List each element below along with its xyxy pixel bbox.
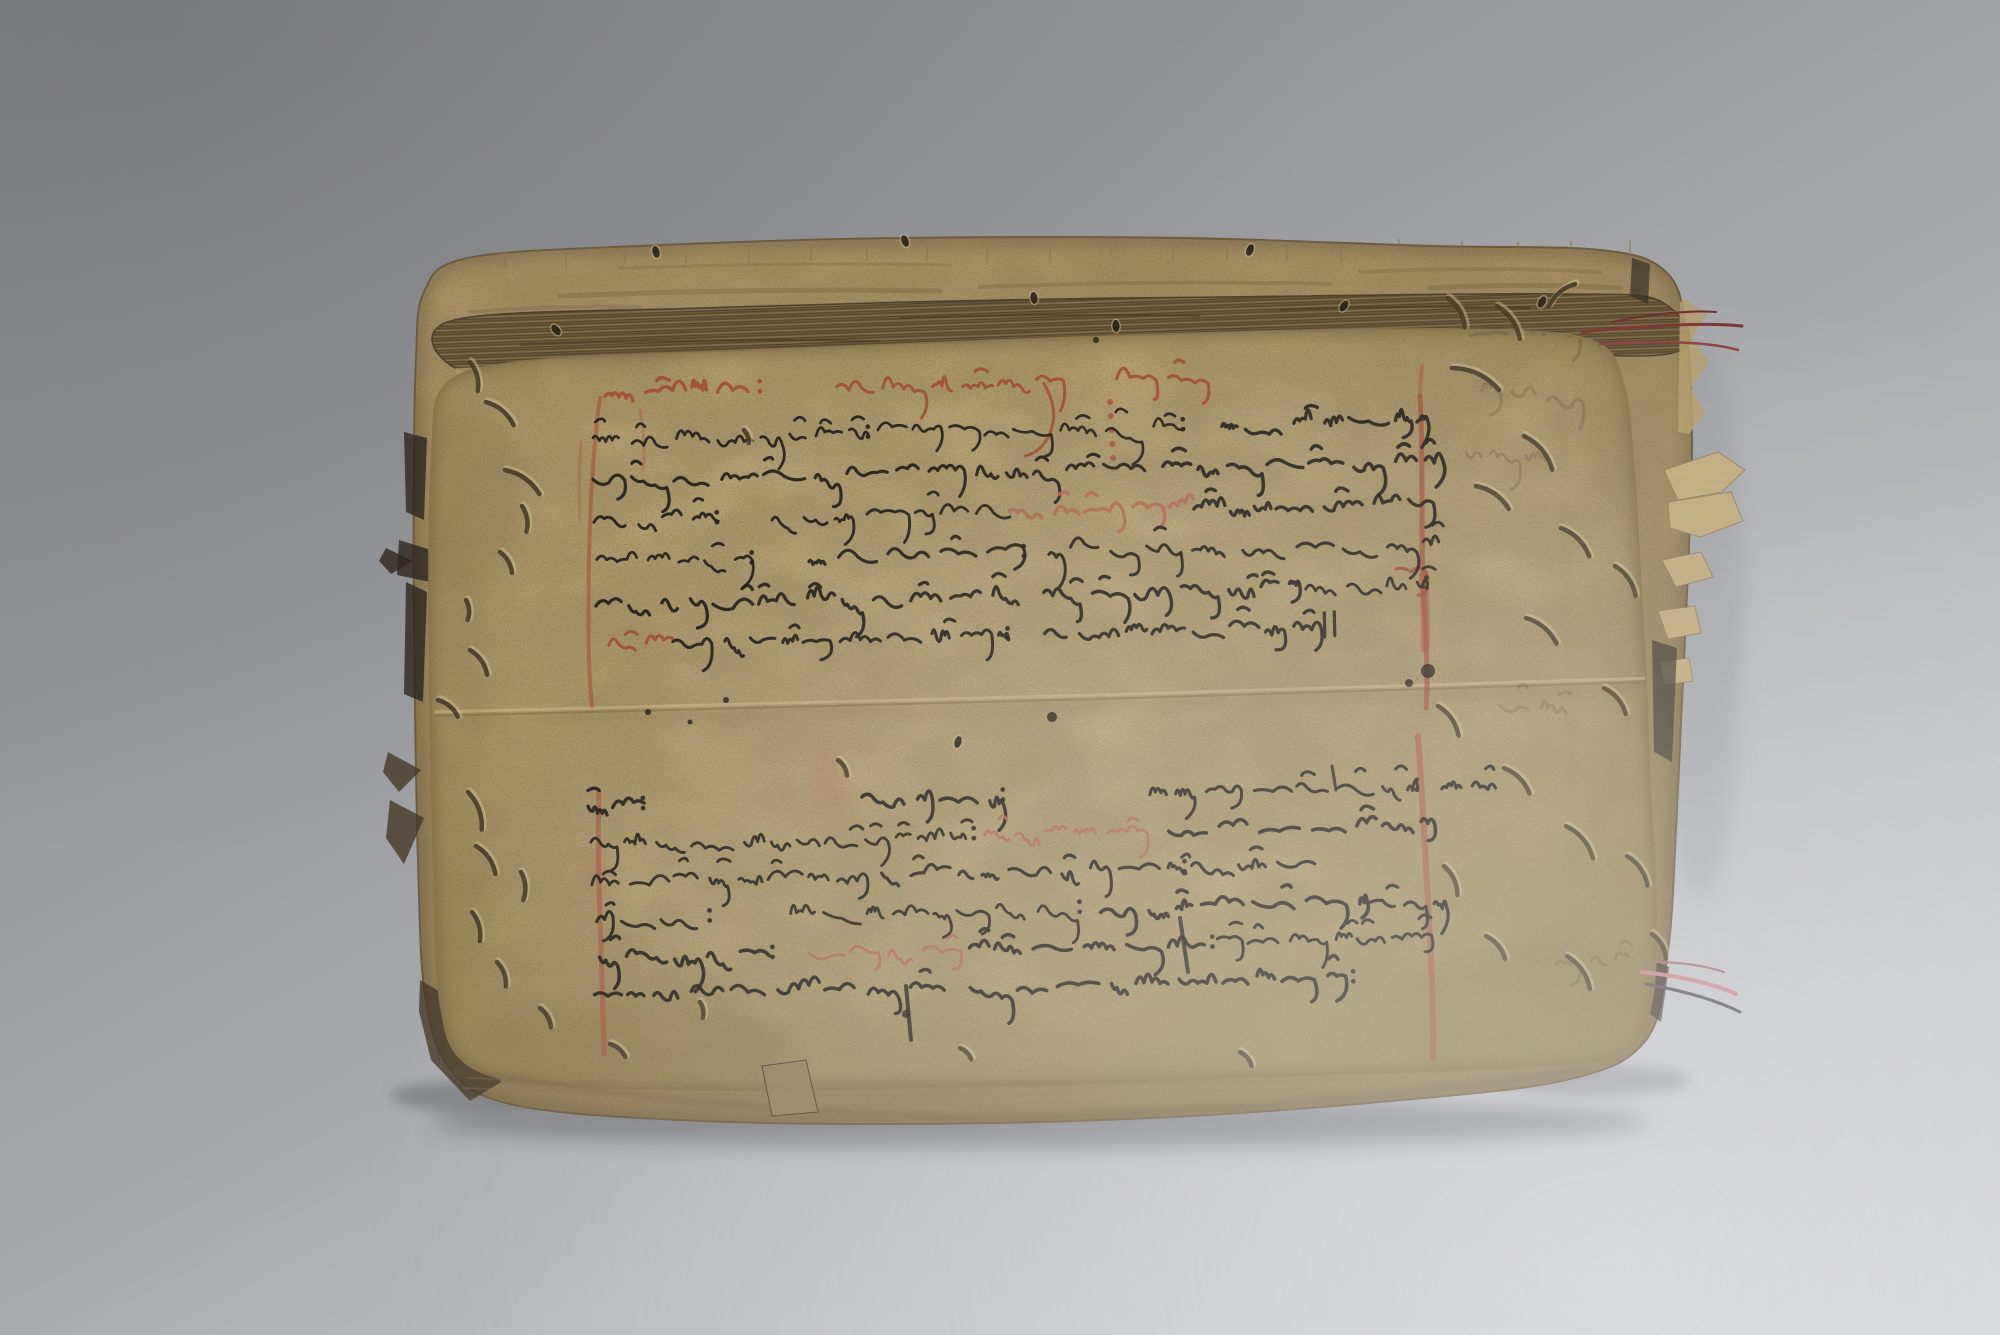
open-page-surface xyxy=(410,310,1725,1110)
manuscript-photo xyxy=(0,0,2000,1335)
open-page xyxy=(410,310,1725,1110)
scene-canvas xyxy=(0,0,2000,1335)
